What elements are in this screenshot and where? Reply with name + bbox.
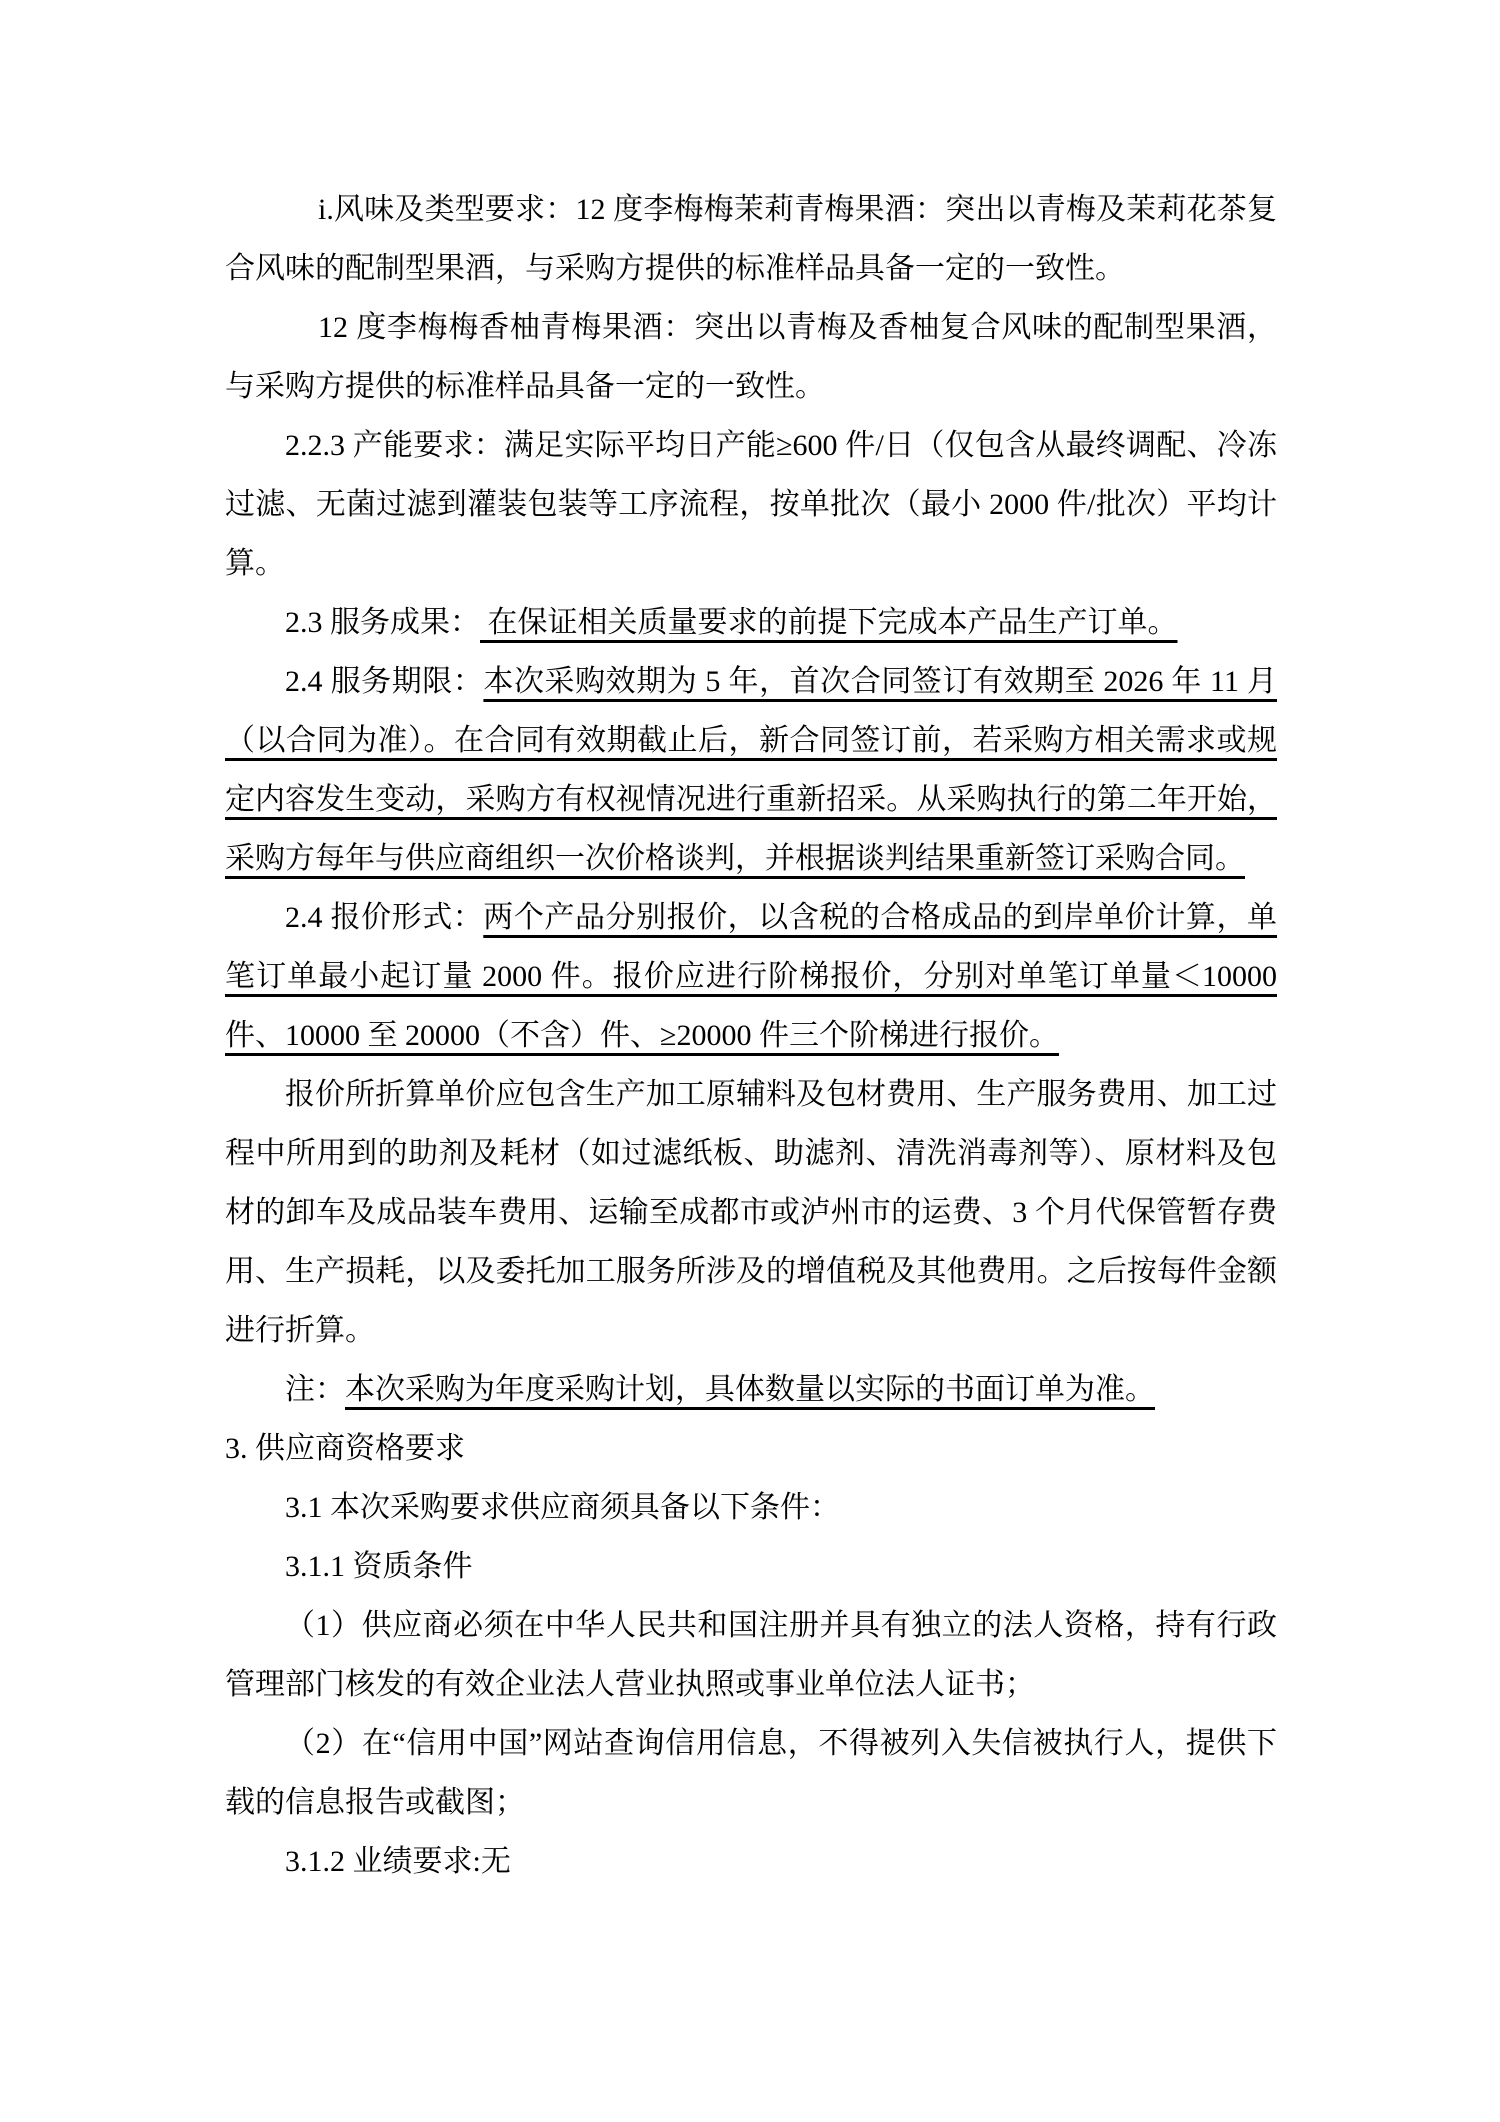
text-segment: 2.2.3 产能要求：满足实际平均日产能≥600 件/日（仅包含从最终调配、冷冻… xyxy=(225,429,1277,580)
text-segment: 注： xyxy=(285,1373,345,1406)
text-segment: i.风味及类型要求：12 度李梅梅茉莉青梅果酒：突出以青梅及茉莉花茶复合风味的配… xyxy=(225,193,1277,285)
paragraph: 注：本次采购为年度采购计划，具体数量以实际的书面订单为准。 xyxy=(225,1360,1277,1419)
text-segment: 3.1.2 业绩要求:无 xyxy=(285,1845,511,1878)
text-segment: 3.1.1 资质条件 xyxy=(285,1550,473,1583)
paragraph: （2）在“信用中国”网站查询信用信息，不得被列入失信被执行人，提供下载的信息报告… xyxy=(225,1714,1277,1832)
paragraph: （1）供应商必须在中华人民共和国注册并具有独立的法人资格，持有行政管理部门核发的… xyxy=(225,1596,1277,1714)
paragraph: 3.1.2 业绩要求:无 xyxy=(225,1832,1277,1891)
text-segment: 3. 供应商资格要求 xyxy=(225,1432,465,1465)
text-segment: 2.4 报价形式： xyxy=(285,901,483,934)
paragraph: 3.1 本次采购要求供应商须具备以下条件： xyxy=(225,1478,1277,1537)
text-segment: 2.3 服务成果： xyxy=(285,606,480,639)
paragraph: 报价所折算单价应包含生产加工原辅料及包材费用、生产服务费用、加工过程中所用到的助… xyxy=(225,1065,1277,1360)
paragraph: i.风味及类型要求：12 度李梅梅茉莉青梅果酒：突出以青梅及茉莉花茶复合风味的配… xyxy=(225,180,1277,298)
underlined-text-segment: 本次采购为年度采购计划，具体数量以实际的书面订单为准。 xyxy=(345,1373,1155,1406)
paragraph: 3.1.1 资质条件 xyxy=(225,1537,1277,1596)
paragraph: 3. 供应商资格要求 xyxy=(225,1419,1277,1478)
paragraph: 2.3 服务成果： 在保证相关质量要求的前提下完成本产品生产订单。 xyxy=(225,593,1277,652)
paragraph: 2.2.3 产能要求：满足实际平均日产能≥600 件/日（仅包含从最终调配、冷冻… xyxy=(225,416,1277,593)
underlined-text-segment: 在保证相关质量要求的前提下完成本产品生产订单。 xyxy=(480,606,1178,639)
document-body: i.风味及类型要求：12 度李梅梅茉莉青梅果酒：突出以青梅及茉莉花茶复合风味的配… xyxy=(225,180,1277,1891)
text-segment: 3.1 本次采购要求供应商须具备以下条件： xyxy=(285,1491,840,1524)
paragraph: 2.4 报价形式：两个产品分别报价，以含税的合格成品的到岸单价计算，单笔订单最小… xyxy=(225,888,1277,1065)
text-segment: 12 度李梅梅香柚青梅果酒：突出以青梅及香柚复合风味的配制型果酒，与采购方提供的… xyxy=(225,311,1277,403)
text-segment: 报价所折算单价应包含生产加工原辅料及包材费用、生产服务费用、加工过程中所用到的助… xyxy=(225,1078,1277,1347)
document-page: i.风味及类型要求：12 度李梅梅茉莉青梅果酒：突出以青梅及茉莉花茶复合风味的配… xyxy=(0,0,1500,2122)
text-segment: （2）在“信用中国”网站查询信用信息，不得被列入失信被执行人，提供下载的信息报告… xyxy=(225,1727,1277,1819)
paragraph: 12 度李梅梅香柚青梅果酒：突出以青梅及香柚复合风味的配制型果酒，与采购方提供的… xyxy=(225,298,1277,416)
text-segment: 2.4 服务期限： xyxy=(285,665,483,698)
paragraph: 2.4 服务期限：本次采购效期为 5 年，首次合同签订有效期至 2026 年 1… xyxy=(225,652,1277,888)
text-segment: （1）供应商必须在中华人民共和国注册并具有独立的法人资格，持有行政管理部门核发的… xyxy=(225,1609,1277,1701)
